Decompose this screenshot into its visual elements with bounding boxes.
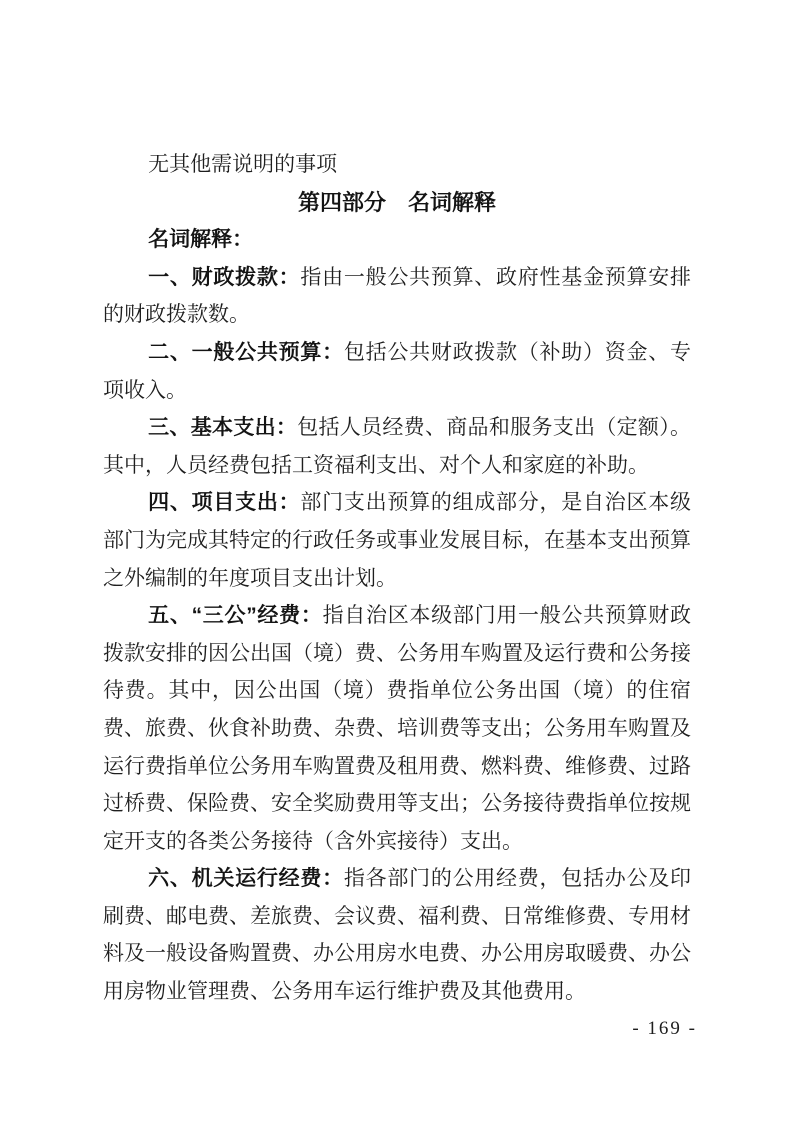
term-paragraph-4: 四、项目支出：部门支出预算的组成部分，是自治区本级部门为完成其特定的行政任务或事…	[103, 484, 691, 597]
term-lead-1: 一、财政拨款：	[148, 266, 300, 289]
term-paragraph-6: 六、机关运行经费：指各部门的公用经费，包括办公及印刷费、邮电费、差旅费、会议费、…	[103, 860, 691, 1010]
document-page: 无其他需说明的事项 第四部分 名词解释 名词解释： 一、财政拨款：指由一般公共预…	[0, 0, 793, 1122]
term-lead-2: 二、一般公共预算：	[148, 341, 344, 364]
intro-line: 无其他需说明的事项	[103, 146, 691, 184]
glossary-label: 名词解释：	[103, 221, 691, 259]
page-content: 无其他需说明的事项 第四部分 名词解释 名词解释： 一、财政拨款：指由一般公共预…	[103, 146, 691, 1011]
term-lead-4: 四、项目支出：	[148, 491, 300, 514]
term-lead-6: 六、机关运行经费：	[148, 867, 344, 890]
page-number: - 169 -	[632, 1018, 697, 1040]
term-paragraph-3: 三、基本支出：包括人员经费、商品和服务支出（定额）。其中，人员经费包括工资福利支…	[103, 409, 691, 484]
term-paragraph-5: 五、“三公”经费：指自治区本级部门用一般公共预算财政拨款安排的因公出国（境）费、…	[103, 597, 691, 860]
term-paragraph-2: 二、一般公共预算：包括公共财政拨款（补助）资金、专项收入。	[103, 334, 691, 409]
term-lead-5: 五、“三公”经费：	[148, 604, 322, 627]
term-lead-3: 三、基本支出：	[148, 416, 297, 439]
section-heading: 第四部分 名词解释	[103, 184, 691, 222]
term-paragraph-1: 一、财政拨款：指由一般公共预算、政府性基金预算安排的财政拨款数。	[103, 259, 691, 334]
term-body-5: 指自治区本级部门用一般公共预算财政拨款安排的因公出国（境）费、公务用车购置及运行…	[103, 603, 691, 853]
